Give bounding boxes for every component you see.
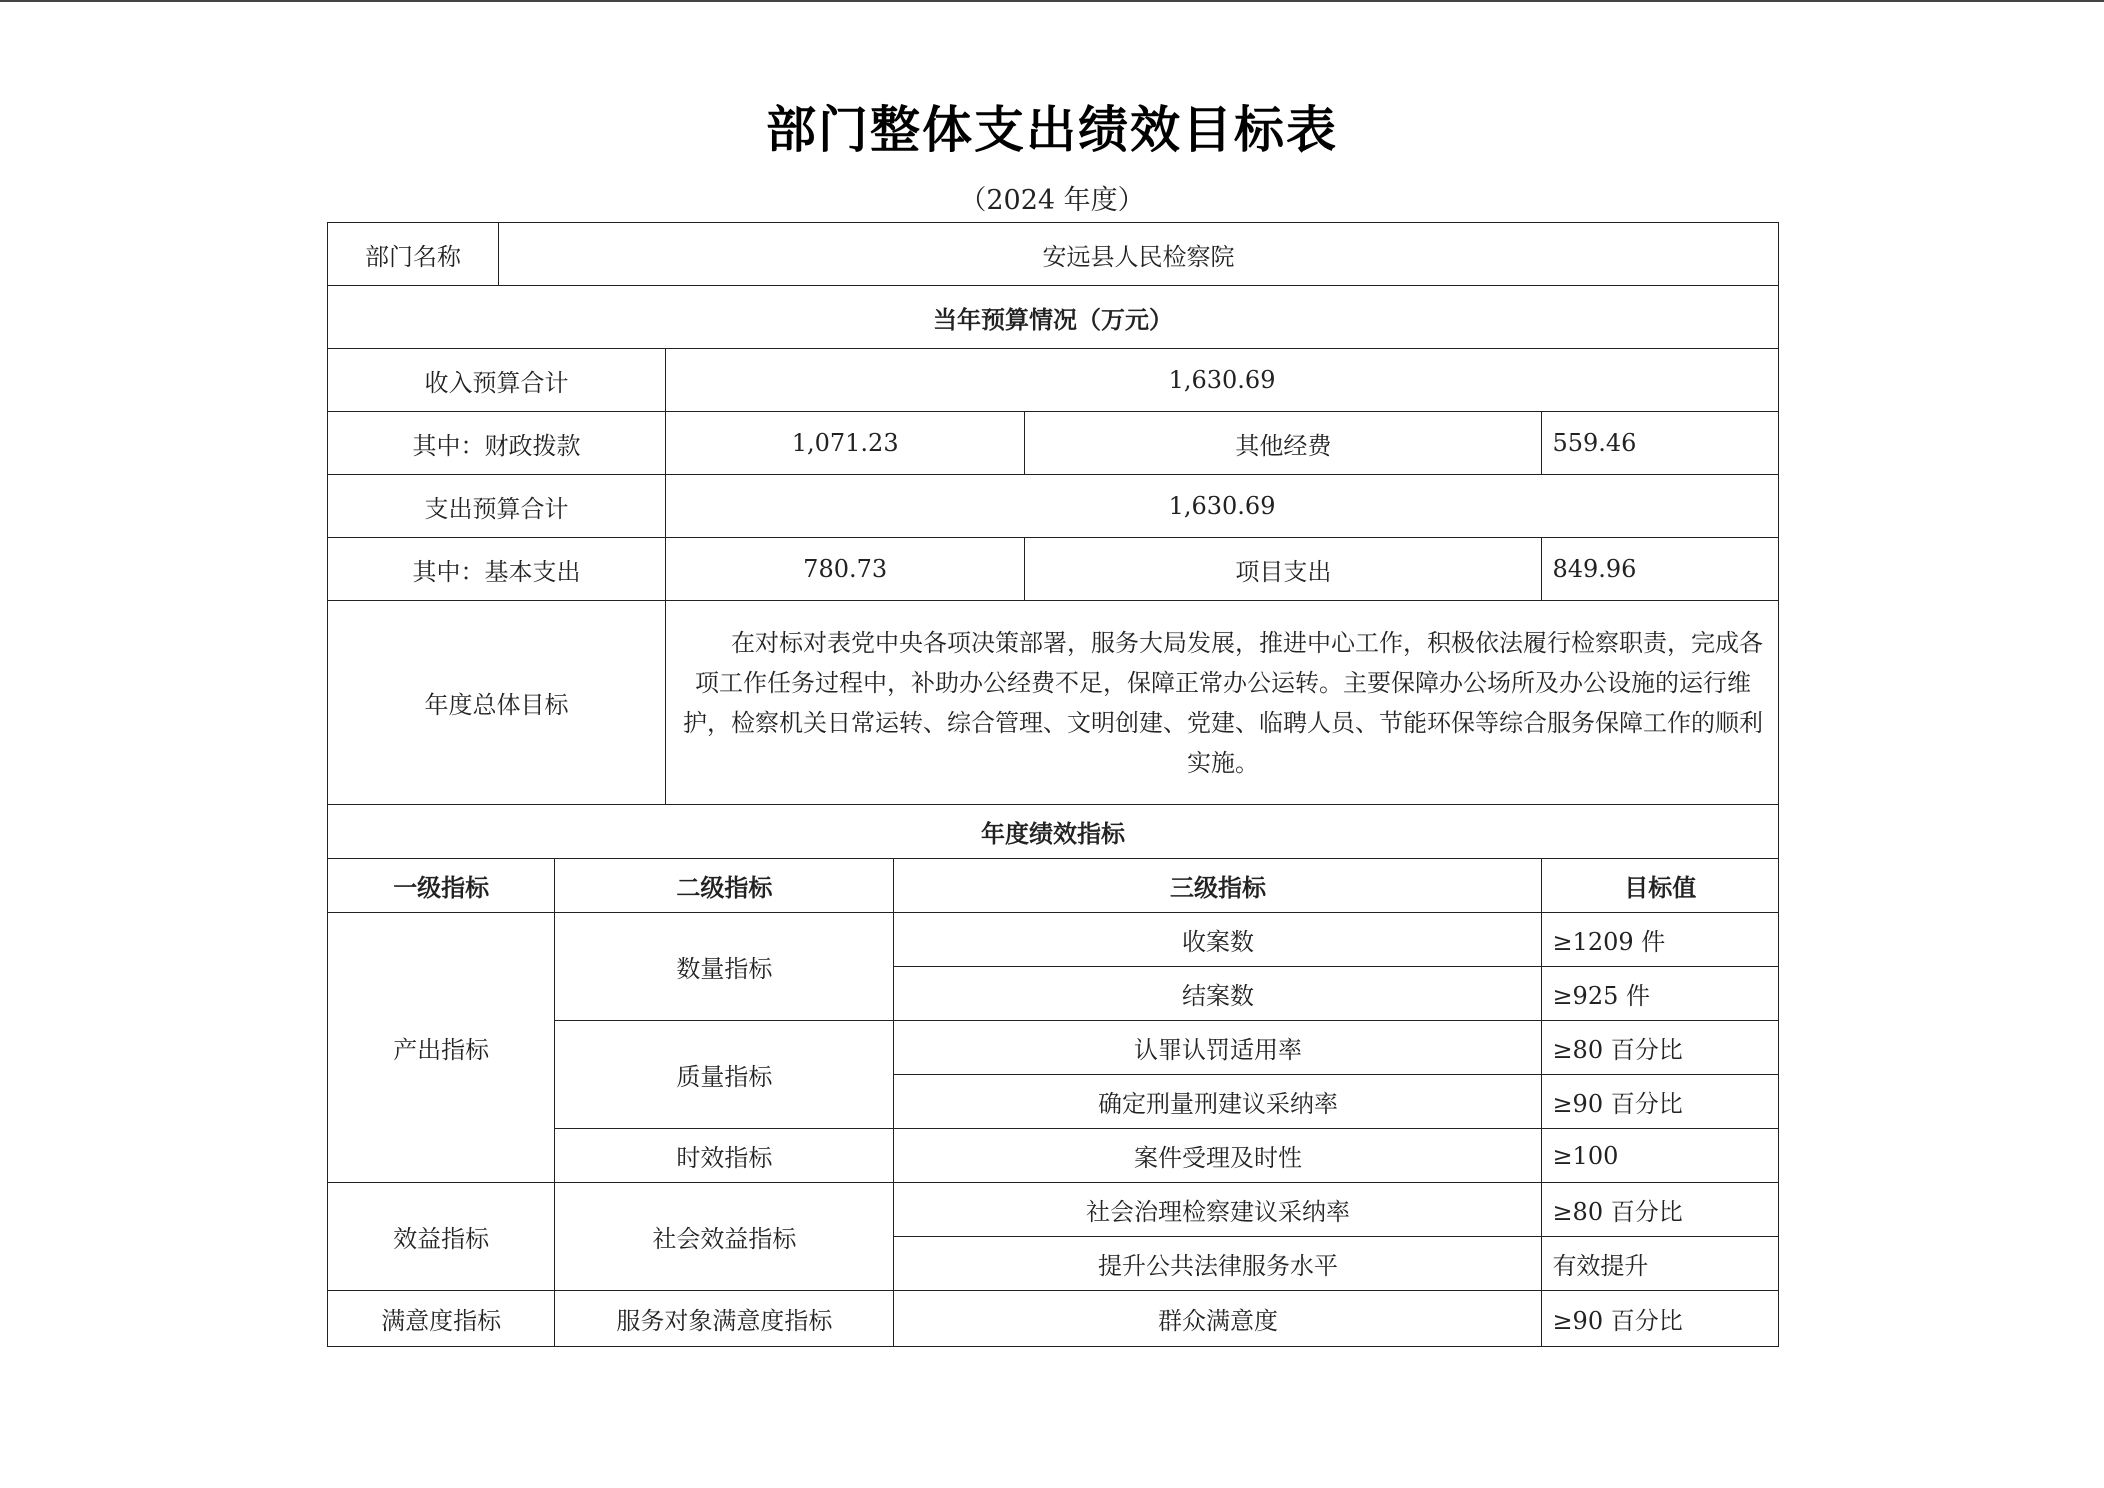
project-label: 项目支出: [1025, 538, 1542, 601]
level3-name: 收案数: [894, 913, 1542, 967]
target-value: ≥100: [1542, 1129, 1779, 1183]
performance-table: 部门名称 安远县人民检察院 当年预算情况（万元） 收入预算合计 1,630.69…: [327, 222, 1779, 1347]
budget-section-row: 当年预算情况（万元）: [328, 286, 1779, 349]
table-row: 满意度指标 服务对象满意度指标 群众满意度 ≥90 百分比: [328, 1291, 1779, 1347]
level2-social-benefit: 社会效益指标: [555, 1183, 894, 1291]
level3-name: 确定刑量刑建议采纳率: [894, 1075, 1542, 1129]
header-level3: 三级指标: [894, 859, 1542, 913]
level1-benefit: 效益指标: [328, 1183, 555, 1291]
document-subtitle: （2024 年度）: [0, 178, 2104, 217]
indicator-header-row: 一级指标 二级指标 三级指标 目标值: [328, 859, 1779, 913]
goal-row: 年度总体目标 在对标对表党中央各项决策部署，服务大局发展，推进中心工作，积极依法…: [328, 601, 1779, 805]
level2-quantity: 数量指标: [555, 913, 894, 1021]
income-total-label: 收入预算合计: [328, 349, 666, 412]
dept-row: 部门名称 安远县人民检察院: [328, 223, 1779, 286]
target-value: 有效提升: [1542, 1237, 1779, 1291]
level2-quality: 质量指标: [555, 1021, 894, 1129]
fiscal-value: 1,071.23: [666, 412, 1025, 475]
basic-label: 其中：基本支出: [328, 538, 666, 601]
target-value: ≥1209 件: [1542, 913, 1779, 967]
goal-label: 年度总体目标: [328, 601, 666, 805]
level2-service-satisfaction: 服务对象满意度指标: [555, 1291, 894, 1347]
level3-name: 结案数: [894, 967, 1542, 1021]
table-row: 产出指标 数量指标 收案数 ≥1209 件: [328, 913, 1779, 967]
basic-row: 其中：基本支出 780.73 项目支出 849.96: [328, 538, 1779, 601]
income-total-row: 收入预算合计 1,630.69: [328, 349, 1779, 412]
level3-name: 提升公共法律服务水平: [894, 1237, 1542, 1291]
goal-text: 在对标对表党中央各项决策部署，服务大局发展，推进中心工作，积极依法履行检察职责，…: [682, 623, 1764, 783]
level2-timeliness: 时效指标: [555, 1129, 894, 1183]
level3-name: 社会治理检察建议采纳率: [894, 1183, 1542, 1237]
fiscal-row: 其中：财政拨款 1,071.23 其他经费 559.46: [328, 412, 1779, 475]
target-value: ≥925 件: [1542, 967, 1779, 1021]
table-row: 效益指标 社会效益指标 社会治理检察建议采纳率 ≥80 百分比: [328, 1183, 1779, 1237]
level3-name: 认罪认罚适用率: [894, 1021, 1542, 1075]
indicator-section-row: 年度绩效指标: [328, 805, 1779, 859]
header-level2: 二级指标: [555, 859, 894, 913]
project-value: 849.96: [1542, 538, 1779, 601]
other-label: 其他经费: [1025, 412, 1542, 475]
goal-text-cell: 在对标对表党中央各项决策部署，服务大局发展，推进中心工作，积极依法履行检察职责，…: [666, 601, 1779, 805]
level1-output: 产出指标: [328, 913, 555, 1183]
expense-total-label: 支出预算合计: [328, 475, 666, 538]
level3-name: 案件受理及时性: [894, 1129, 1542, 1183]
target-value: ≥80 百分比: [1542, 1021, 1779, 1075]
target-value: ≥90 百分比: [1542, 1075, 1779, 1129]
expense-total-value: 1,630.69: [666, 475, 1779, 538]
target-value: ≥80 百分比: [1542, 1183, 1779, 1237]
target-value: ≥90 百分比: [1542, 1291, 1779, 1347]
indicator-section-title: 年度绩效指标: [328, 805, 1779, 859]
expense-total-row: 支出预算合计 1,630.69: [328, 475, 1779, 538]
document-title: 部门整体支出绩效目标表: [0, 90, 2104, 162]
dept-value: 安远县人民检察院: [499, 223, 1779, 286]
dept-label: 部门名称: [328, 223, 499, 286]
income-total-value: 1,630.69: [666, 349, 1779, 412]
other-value: 559.46: [1542, 412, 1779, 475]
level1-satisfaction: 满意度指标: [328, 1291, 555, 1347]
fiscal-label: 其中：财政拨款: [328, 412, 666, 475]
header-level1: 一级指标: [328, 859, 555, 913]
level3-name: 群众满意度: [894, 1291, 1542, 1347]
budget-section-title: 当年预算情况（万元）: [328, 286, 1779, 349]
basic-value: 780.73: [666, 538, 1025, 601]
header-target: 目标值: [1542, 859, 1779, 913]
